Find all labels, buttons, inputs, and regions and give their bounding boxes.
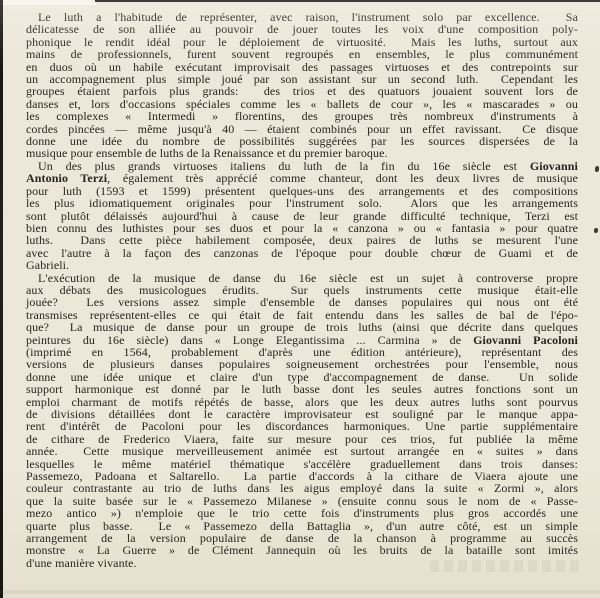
scan-edge-top [95, 0, 600, 2]
page: Le luth a l'habitude de représenter, ave… [0, 0, 600, 598]
scan-speck [594, 228, 598, 233]
paragraph: L'exécution de la musique de danse du 16… [26, 272, 578, 570]
text-line: d'une manière vivante. [26, 557, 578, 569]
text-line: avec l'autre à la façon des canzonas de … [26, 247, 578, 259]
scan-bottom-shadow [0, 590, 600, 594]
scan-corner-light [3, 0, 96, 5]
paragraph: Le luth a l'habitude de représenter, ave… [26, 11, 578, 160]
scan-edge-left [0, 0, 3, 598]
scan-speck [595, 166, 599, 172]
paragraph: Un des plus grands virtuoses italiens du… [26, 160, 578, 272]
document-text: Le luth a l'habitude de représenter, ave… [26, 11, 578, 569]
